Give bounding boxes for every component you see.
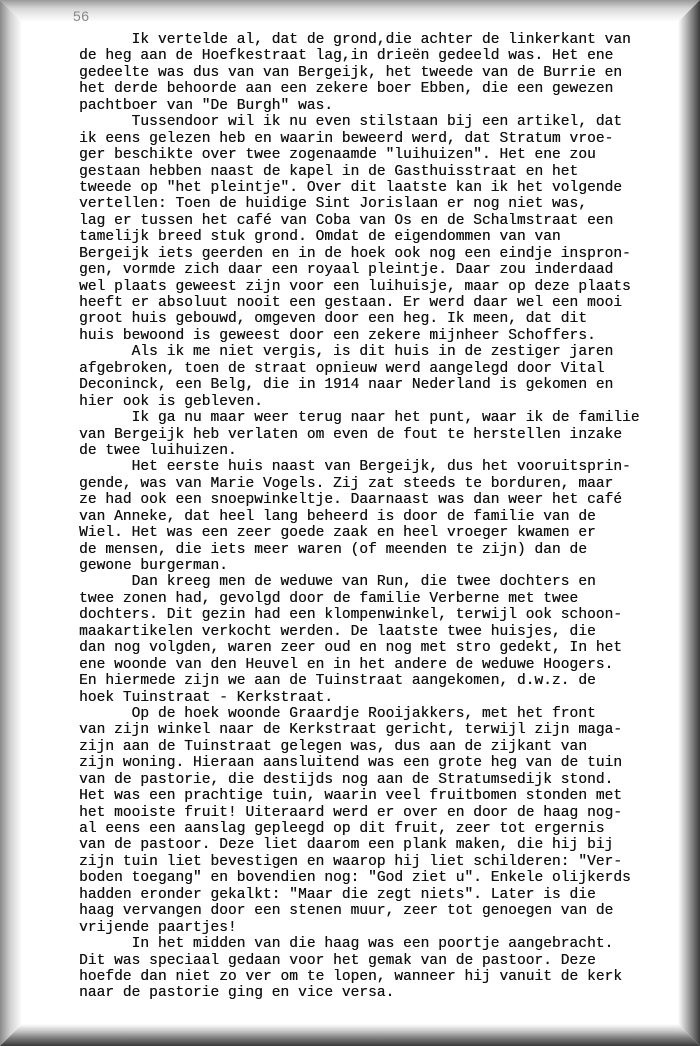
text-line: maakartikelen verkocht werden. De laatst…	[79, 624, 679, 640]
text-line: gewone burgerman.	[79, 558, 679, 574]
page-number: 56	[73, 8, 90, 24]
frame-edge-top	[0, 0, 700, 22]
text-line: gedeelte was dus van van Bergeijk, het t…	[79, 65, 679, 81]
text-line: tweede op "het pleintje". Over dit laats…	[79, 180, 679, 196]
text-line: huis bewoond is geweest door een zekere …	[79, 328, 679, 344]
text-line: Als ik me niet vergis, is dit huis in de…	[79, 344, 679, 360]
text-line: van Bergeijk heb verlaten om even de fou…	[79, 427, 679, 443]
text-line: Ik vertelde al, dat de grond,die achter …	[79, 32, 679, 48]
text-line: pachtboer van "De Burgh" was.	[79, 98, 679, 114]
text-line: hoek Tuinstraat - Kerkstraat.	[79, 690, 679, 706]
text-line: ze had ook een snoepwinkeltje. Daarnaast…	[79, 492, 679, 508]
text-line: lag er tussen het café van Coba van Os e…	[79, 213, 679, 229]
text-line: Bergeijk iets geerden en in de hoek ook …	[79, 246, 679, 262]
text-line: al eens een aanslag gepleegd op dit frui…	[79, 821, 679, 837]
text-line: Wiel. Het was een zeer goede zaak en hee…	[79, 525, 679, 541]
text-line: de heg aan de Hoefkestraat lag,in drieën…	[79, 48, 679, 64]
text-line: gen, vormde zich daar een royaal pleintj…	[79, 262, 679, 278]
text-line: tamelijk breed stuk grond. Omdat de eige…	[79, 229, 679, 245]
text-line: hadden eronder gekalkt: "Maar die zegt n…	[79, 887, 679, 903]
text-line: gende, was van Marie Vogels. Zij zat ste…	[79, 476, 679, 492]
text-line: Dan kreeg men de weduwe van Run, die twe…	[79, 574, 679, 590]
text-line: dochters. Dit gezin had een klompenwinke…	[79, 607, 679, 623]
text-line: van de pastorie, die destijds nog aan de…	[79, 772, 679, 788]
text-line: zijn tuin liet bevestigen en waarop hij …	[79, 854, 679, 870]
text-line: zijn woning. Hieraan aansluitend was een…	[79, 755, 679, 771]
text-line: Dit was speciaal gedaan voor het gemak v…	[79, 953, 679, 969]
text-line: dan nog volgden, waren zeer oud en nog m…	[79, 640, 679, 656]
text-line: het derde behoorde aan een zekere boer E…	[79, 81, 679, 97]
text-line: van zijn winkel naar de Kerkstraat geric…	[79, 722, 679, 738]
frame-edge-right	[678, 0, 700, 1046]
text-line: twee zonen had, gevolgd door de familie …	[79, 591, 679, 607]
text-line: Het eerste huis naast van Bergeijk, dus …	[79, 459, 679, 475]
text-line: het mooiste fruit! Uiteraard werd er ove…	[79, 805, 679, 821]
text-line: vrijende paartjes!	[79, 920, 679, 936]
text-line: En hiermede zijn we aan de Tuinstraat aa…	[79, 673, 679, 689]
text-line: boden toegang" en bovendien nog: "God zi…	[79, 870, 679, 886]
text-line: de mensen, die iets meer waren (of meend…	[79, 542, 679, 558]
typewritten-body-text: Ik vertelde al, dat de grond,die achter …	[79, 32, 679, 1002]
text-line: afgebroken, toen de straat opnieuw werd …	[79, 361, 679, 377]
text-line: gestaan hebben naast de kapel in de Gast…	[79, 164, 679, 180]
text-line: Op de hoek woonde Graardje Rooijakkers, …	[79, 706, 679, 722]
text-line: de twee luihuizen.	[79, 443, 679, 459]
text-line: groot huis gebouwd, omgeven door een heg…	[79, 311, 679, 327]
text-line: Deconinck, een Belg, die in 1914 naar Ne…	[79, 377, 679, 393]
text-line: In het midden van die haag was een poort…	[79, 936, 679, 952]
text-line: ik eens gelezen heb en waarin beweerd we…	[79, 131, 679, 147]
text-line: naar de pastorie ging en vice versa.	[79, 985, 679, 1001]
text-line: Het was een prachtige tuin, waarin veel …	[79, 788, 679, 804]
text-line: van de pastoor. Deze liet daarom een pla…	[79, 837, 679, 853]
text-line: van Anneke, dat heel lang beheerd is doo…	[79, 509, 679, 525]
text-line: wel plaats geweest zijn voor een luihuis…	[79, 279, 679, 295]
text-line: heeft er absoluut nooit een gestaan. Er …	[79, 295, 679, 311]
text-line: hier ook is gebleven.	[79, 394, 679, 410]
frame-edge-left	[0, 0, 22, 1046]
text-line: zijn aan de Tuinstraat gelegen was, dus …	[79, 739, 679, 755]
text-line: haag vervangen door een stenen muur, zee…	[79, 903, 679, 919]
text-line: ger beschikte over twee zogenaamde "luih…	[79, 147, 679, 163]
text-line: Ik ga nu maar weer terug naar het punt, …	[79, 410, 679, 426]
frame-edge-bottom	[0, 1024, 700, 1046]
text-line: Tussendoor wil ik nu even stilstaan bij …	[79, 114, 679, 130]
text-line: vertellen: Toen de huidige Sint Jorislaa…	[79, 196, 679, 212]
text-line: ene woonde van den Heuvel en in het ande…	[79, 657, 679, 673]
text-line: hoefde dan niet zo ver om te lopen, wann…	[79, 969, 679, 985]
